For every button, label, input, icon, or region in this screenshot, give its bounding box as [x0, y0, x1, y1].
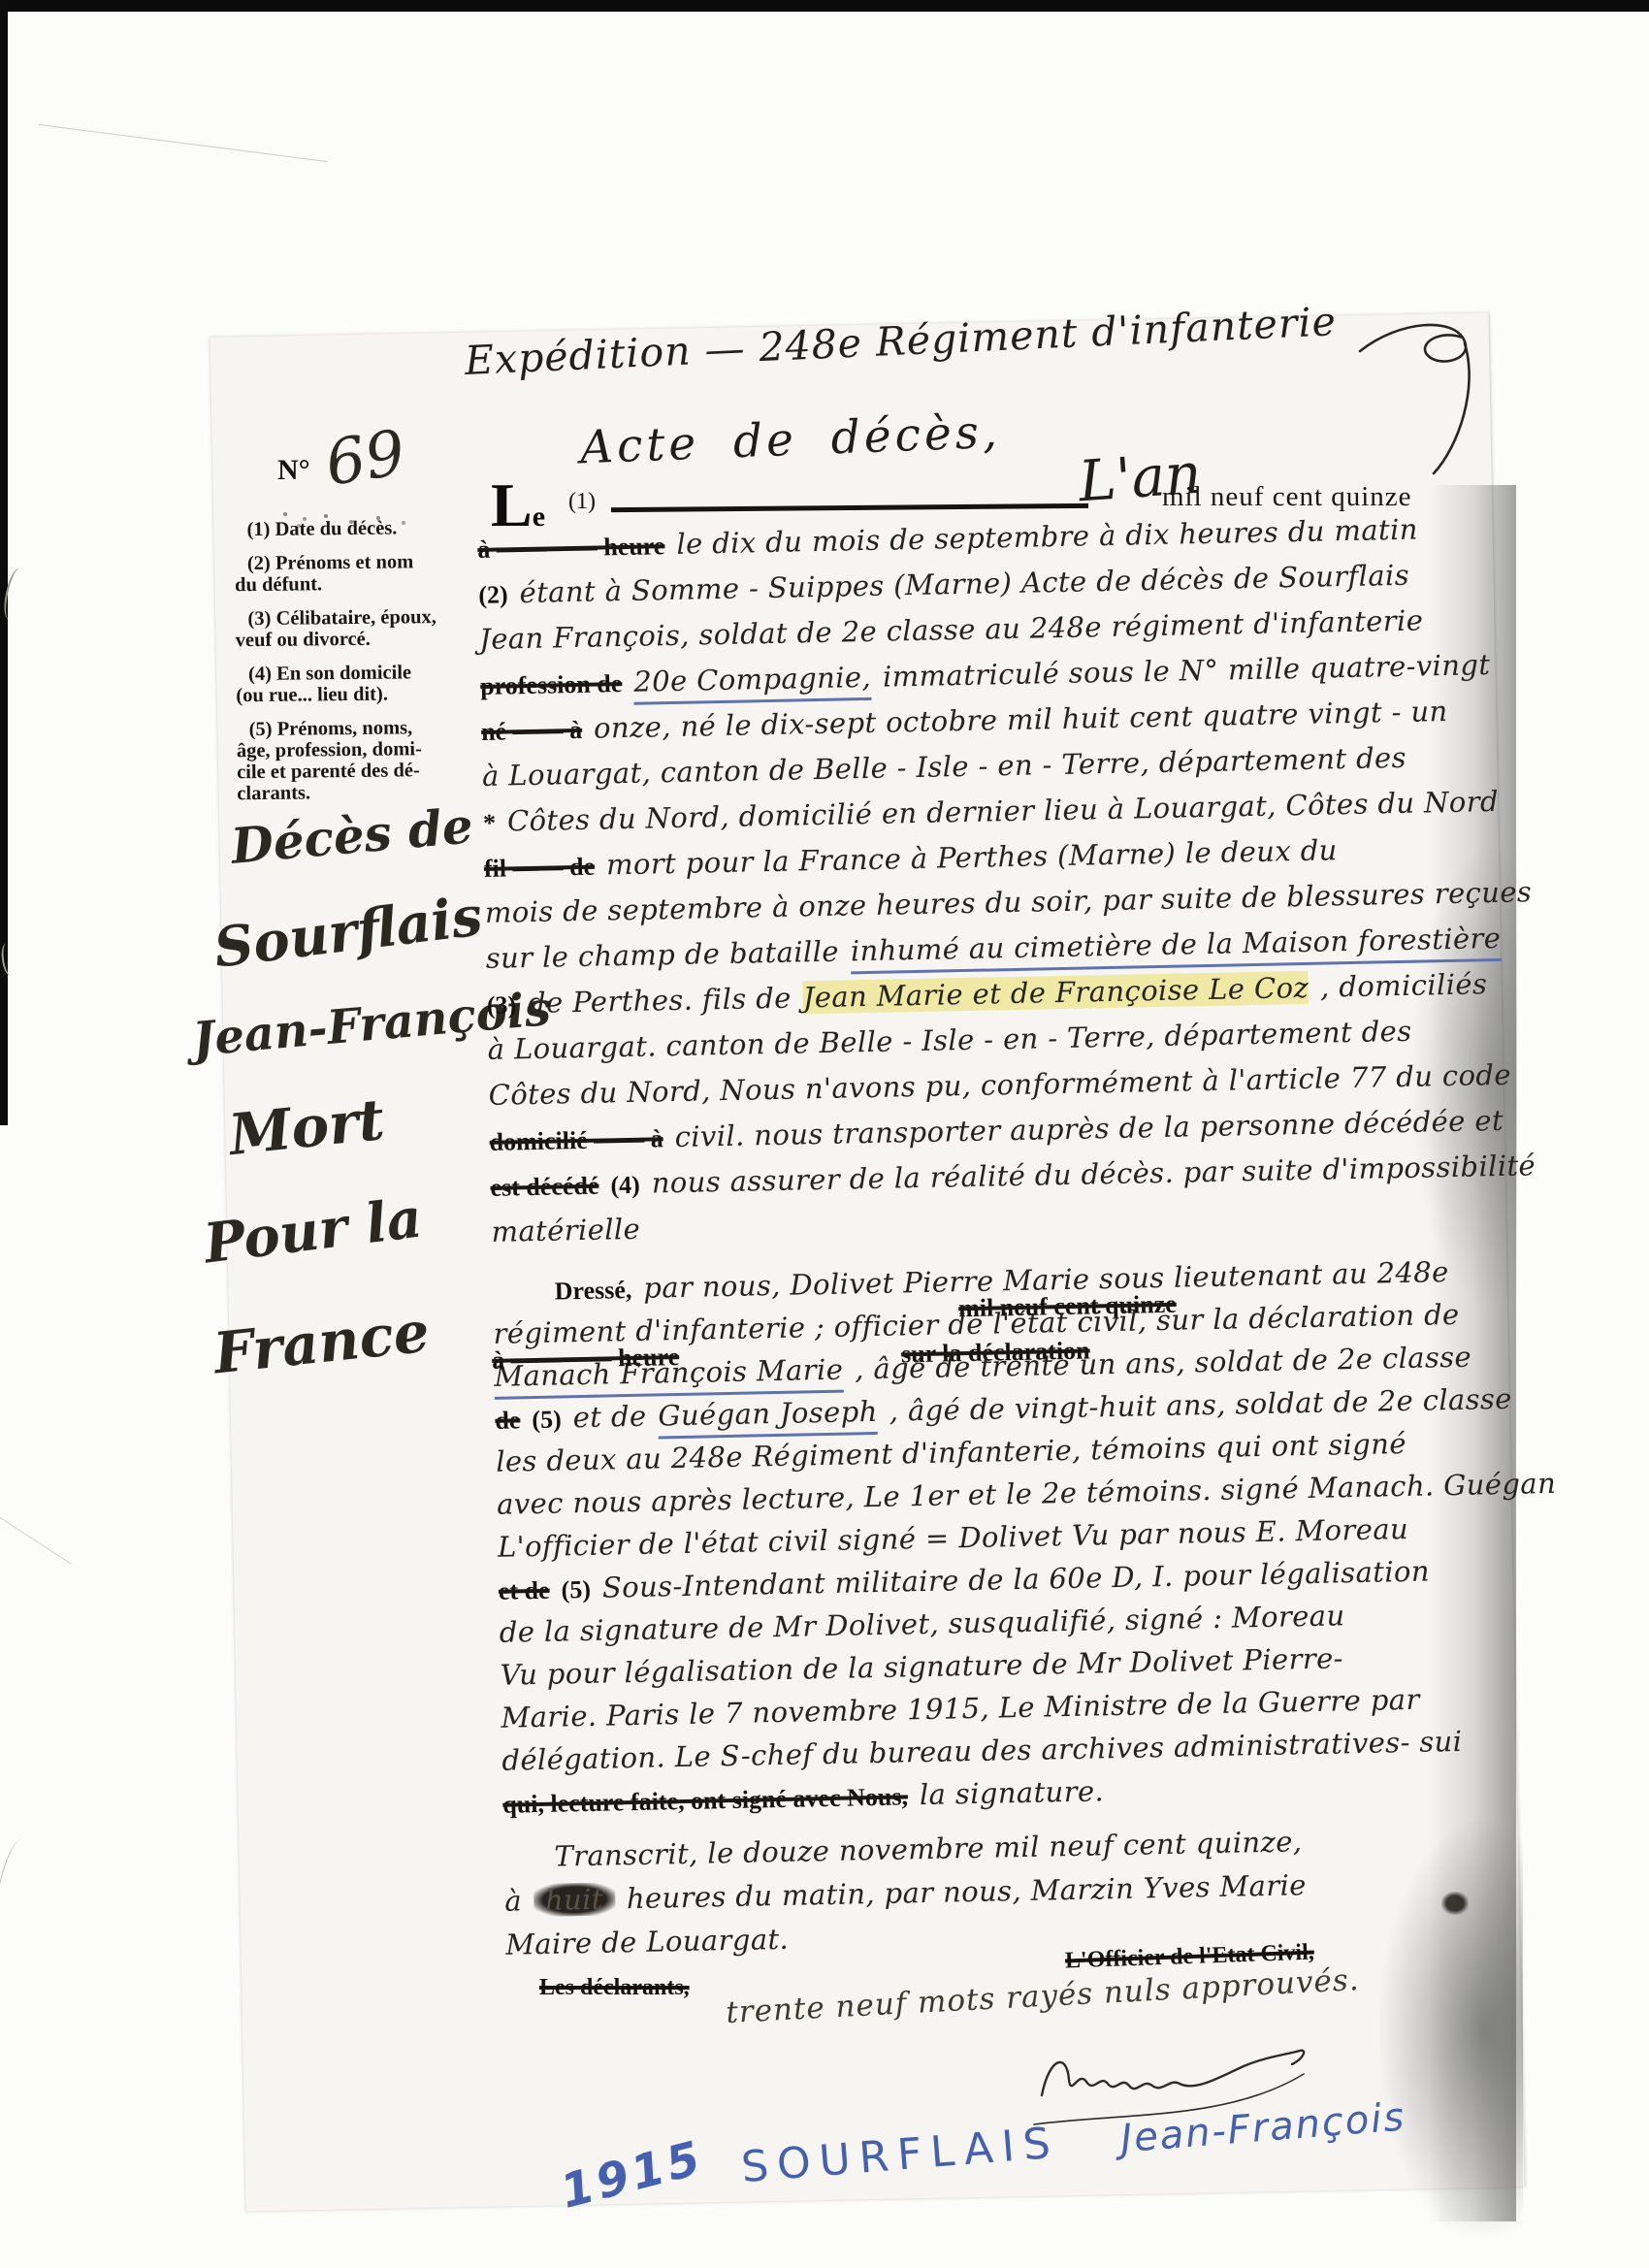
text-segment: né —— à: [481, 716, 583, 746]
margin-footnote: (4) En son domicile(ou rue... lieu dit).: [236, 662, 467, 706]
text-segment: qui, lecture faite, ont signé avec Nous,: [502, 1782, 908, 1818]
text-segment: et de: [499, 1576, 550, 1605]
margin-footnote-line: cile et parenté des dé-: [237, 760, 468, 783]
margin-footnote: (5) Prénoms, noms,âge, profession, domi-…: [237, 717, 469, 804]
act-number-label: N°: [277, 454, 310, 487]
margin-footnote: (3) Célibataire, époux,veuf ou divorcé.: [235, 606, 466, 651]
text-segment: fil —— de: [484, 853, 596, 883]
text-segment: Maire de Louargat.: [505, 1923, 790, 1961]
printed-le-small: e: [533, 501, 545, 533]
text-segment: de Perthes. fils de: [528, 982, 792, 1020]
text-segment: à ———— heure: [477, 532, 665, 564]
text-segment: et de: [572, 1400, 646, 1435]
text-segment: à: [504, 1884, 522, 1917]
margin-footnote-line: (1) Date du décès.: [234, 517, 465, 540]
text-segment: 20e Compagnie,: [633, 661, 872, 705]
text-segment: la signature.: [920, 1774, 1105, 1811]
margin-footnote-line: âge, profession, domi-: [237, 738, 468, 761]
text-segment: de: [495, 1406, 521, 1435]
declarants-label-struck: Les déclarants,: [539, 1975, 690, 2001]
margin-footnote-line: (2) Prénoms et nom: [235, 551, 466, 574]
paragraph-2: Dressé,par nous, Dolivet Pierre Marie so…: [492, 1253, 1555, 1830]
text-segment: à ———— heure: [492, 1343, 680, 1376]
text-segment: matérielle: [491, 1213, 640, 1248]
margin-footnote-line: (4) En son domicile: [236, 662, 467, 685]
act-body: à ———— heurele dix du mois de septembre …: [477, 510, 1559, 1971]
text-segment: (4): [610, 1171, 640, 1200]
printed-year: mil neuf cent quinze: [1162, 481, 1412, 513]
scanned-death-certificate: Expédition — 248e Régiment d'infanterie …: [0, 0, 1649, 2268]
margin-footnote: (1) Date du décès.: [234, 517, 465, 540]
paper-crease: [0, 1513, 72, 1565]
text-segment: Guégan Joseph: [658, 1395, 878, 1440]
text-segment: (5): [532, 1405, 562, 1434]
stray-pen-mark: [0, 1837, 33, 1928]
text-segment: (2): [478, 580, 508, 609]
text-segment: (3): [487, 990, 517, 1020]
act-number-value: 69: [321, 417, 410, 501]
text-segment: *: [483, 809, 497, 837]
paper-crease: [39, 124, 328, 162]
margin-footnotes: (1) Date du décès.(2) Prénoms et nomdu d…: [234, 517, 468, 817]
margin-footnote-line: du défunt.: [235, 572, 466, 596]
text-segment: huit: [533, 1882, 616, 1917]
text-segment: domicilié —— à: [489, 1124, 663, 1156]
printed-le-capital: L: [491, 470, 533, 539]
text-segment: est décédé: [490, 1172, 598, 1202]
text-segment: profession de: [480, 669, 623, 700]
ink-blot: [1441, 1892, 1469, 1915]
margin-footnote-line: veuf ou divorcé.: [236, 628, 467, 651]
paragraph-3: Transcrit, le douze novembre mil neuf ce…: [503, 1820, 1558, 1972]
text-segment: Dressé,: [554, 1276, 631, 1306]
header-paraph-flourish: [1346, 308, 1502, 493]
text-segment: , domiciliés: [1320, 967, 1488, 1003]
margin-footnote-line: (ou rue... lieu dit).: [236, 683, 467, 706]
scanner-edge-top: [0, 0, 1649, 12]
ink-speckles: [283, 512, 287, 516]
margin-footnote: (2) Prénoms et nomdu défunt.: [235, 551, 466, 596]
margin-footnote-line: (3) Célibataire, époux,: [235, 606, 466, 630]
paragraph-1: à ———— heurele dix du mois de septembre …: [477, 510, 1544, 1261]
text-segment: sur le champ de bataille: [485, 935, 839, 975]
margin-footnote-line: (5) Prénoms, noms,: [237, 717, 468, 740]
footnote-ref-1: (1): [568, 489, 596, 515]
text-segment: Transcrit, le douze novembre mil neuf ce…: [554, 1825, 1303, 1872]
text-segment: (5): [561, 1575, 591, 1604]
